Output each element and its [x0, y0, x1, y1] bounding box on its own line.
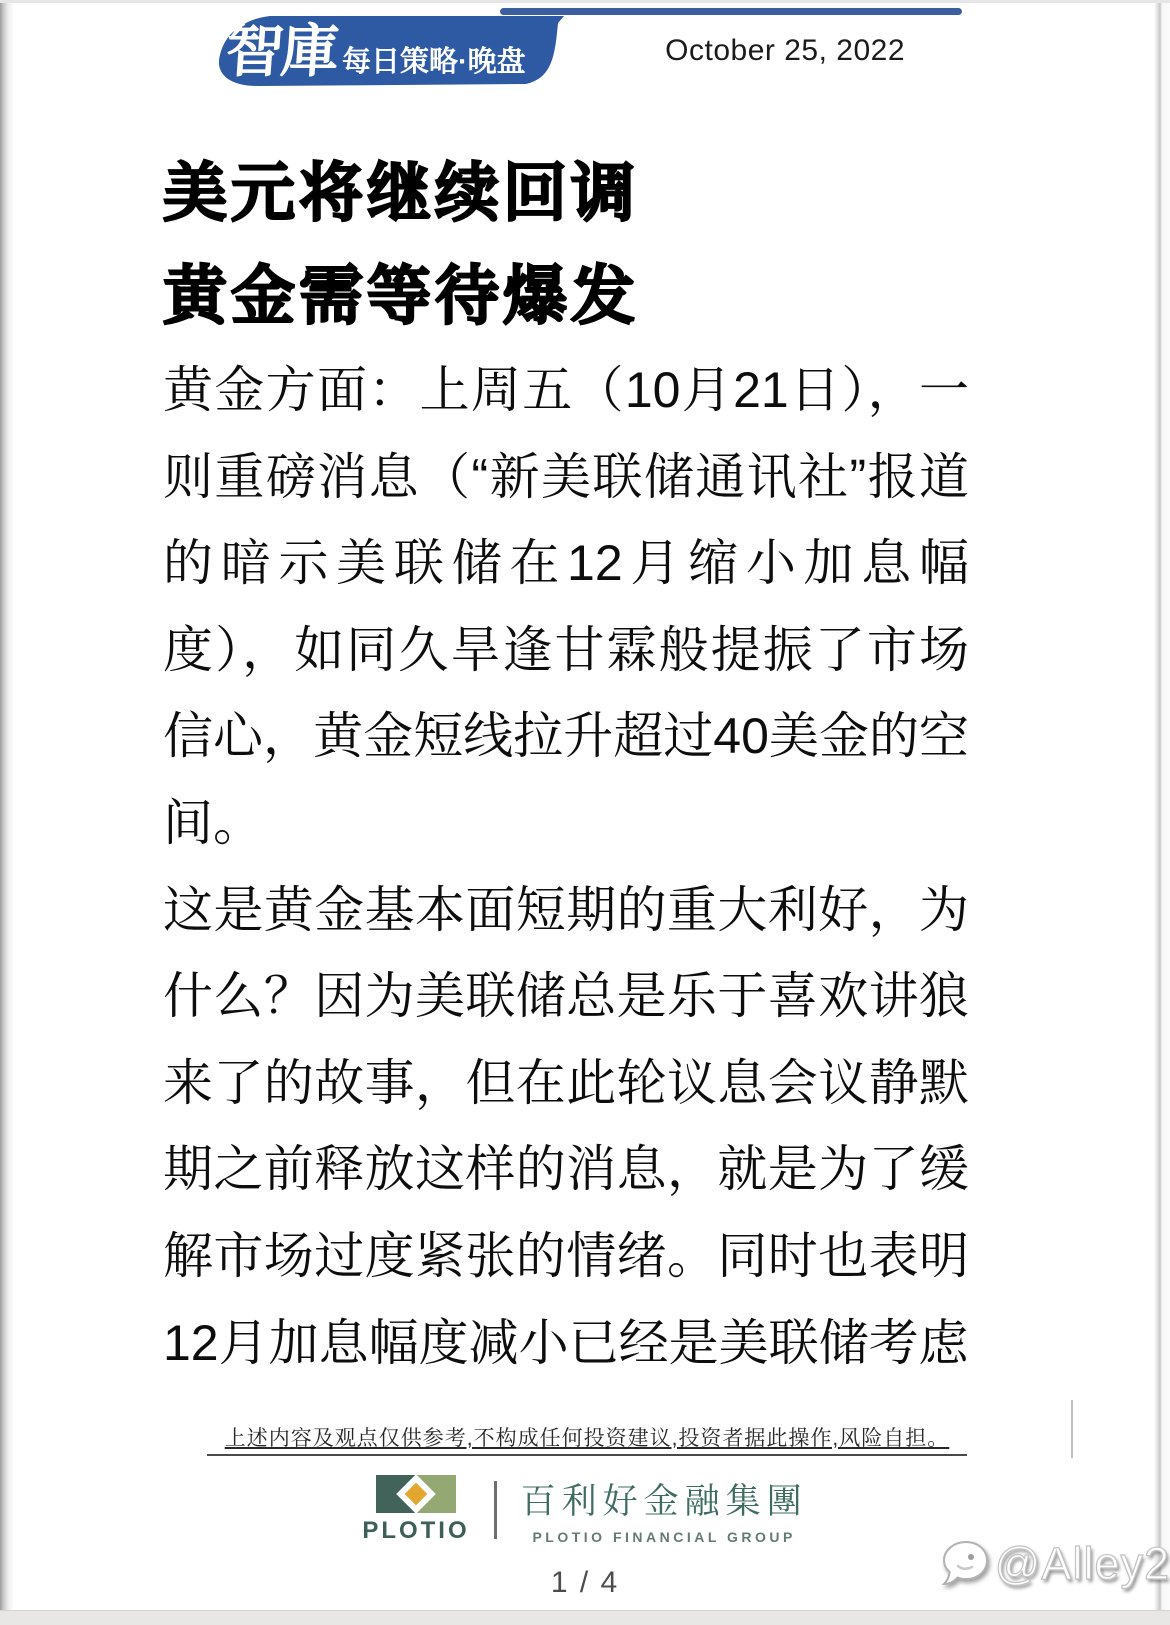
article-paragraph: 这是黄金基本面短期的重大利好，为什么？因为美联储总是乐于喜欢讲狼来了的故事，但在… [163, 867, 969, 1387]
brand-name-en: PLOTIO [362, 1517, 469, 1545]
brand-banner: 智庫 每日策略·晚盘 [208, 14, 568, 89]
watermark-handle: @Alley2 [995, 1538, 1170, 1590]
article-title: 美元将继续回调 黄金需等待爆发 [163, 142, 639, 348]
disclaimer-rule: 上述内容及观点仅供参考,不构成任何投资建议,投资者据此操作,风险自担。 [207, 1422, 967, 1456]
document-page: 智庫 每日策略·晚盘 October 25, 2022 美元将继续回调 黄金需等… [0, 0, 1170, 1625]
header-rule [500, 8, 962, 15]
article-title-line-1: 美元将继续回调 [163, 142, 639, 245]
brand-name-zh: 百利好金融集團 [521, 1474, 808, 1524]
page-edge-left [0, 0, 14, 1625]
article-body: 黄金方面：上周五（10月21日），一则重磅消息（“新美联储通讯社”报道的暗示美联… [163, 347, 969, 1386]
banner-text: 智庫 每日策略·晚盘 [208, 14, 568, 89]
brand-logo-block: PLOTIO [362, 1475, 469, 1545]
banner-title-sub: 每日策略·晚盘 [342, 48, 526, 77]
article-paragraph: 黄金方面：上周五（10月21日），一则重磅消息（“新美联储通讯社”报道的暗示美联… [163, 347, 969, 867]
watermark: @Alley2 [939, 1536, 1170, 1592]
brand-footer: PLOTIO 百利好金融集團 PLOTIO FINANCIAL GROUP [0, 1474, 1170, 1545]
disclaimer-rule-tick [1071, 1400, 1073, 1458]
chat-bubble-icon [939, 1536, 993, 1592]
banner-title-main: 智庫 [224, 23, 338, 81]
page-edge-right [1154, 0, 1170, 1625]
article-title-line-2: 黄金需等待爆发 [163, 245, 639, 348]
brand-subtitle: PLOTIO FINANCIAL GROUP [532, 1529, 795, 1545]
issue-date: October 25, 2022 [665, 34, 905, 68]
brand-divider [494, 1481, 497, 1539]
plotio-logo-icon [376, 1475, 456, 1513]
brand-name-block: 百利好金融集團 PLOTIO FINANCIAL GROUP [521, 1474, 808, 1545]
page-edge-top [0, 0, 1170, 3]
disclaimer-text: 上述内容及观点仅供参考,不构成任何投资建议,投资者据此操作,风险自担。 [225, 1427, 950, 1450]
page-edge-bottom [0, 1610, 1170, 1625]
